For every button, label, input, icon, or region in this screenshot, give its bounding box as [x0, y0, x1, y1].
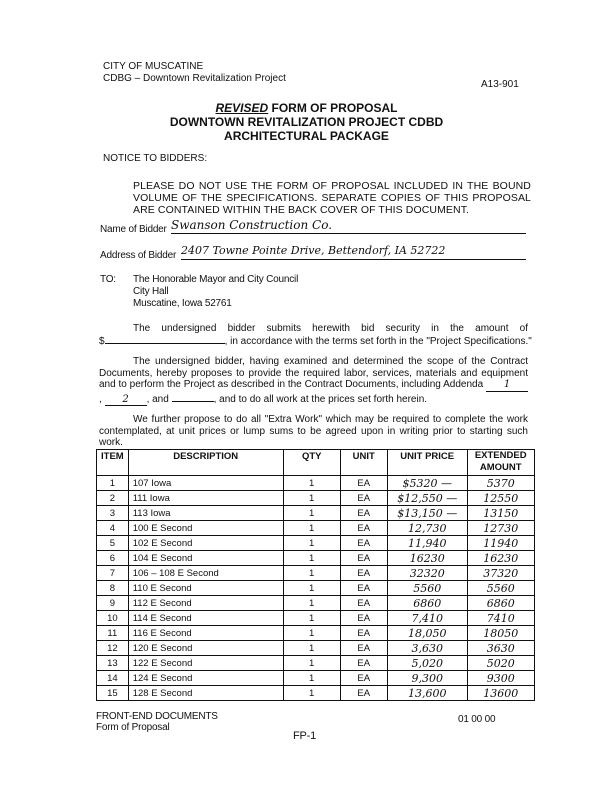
to-label: TO: — [100, 274, 116, 285]
page-title: REVISED FORM OF PROPOSAL DOWNTOWN REVITA… — [0, 101, 613, 143]
item-unit: EA — [340, 476, 387, 491]
item-number: 11 — [97, 626, 129, 641]
table-row: 12120 E Second1EA3,6303630 — [97, 641, 535, 656]
header-unit: UNIT — [340, 450, 387, 476]
item-qty: 1 — [283, 566, 340, 581]
recipient-line-3: Muscatine, Iowa 52761 — [133, 298, 298, 310]
item-description: 107 Iowa — [128, 476, 283, 491]
item-extended-amount[interactable]: 5370 — [467, 476, 534, 491]
extra-work-paragraph: We further propose to do all "Extra Work… — [99, 414, 528, 449]
scope-paragraph: The undersigned bidder, having examined … — [99, 356, 528, 406]
item-number: 14 — [97, 671, 129, 686]
item-unit-price[interactable]: 16230 — [387, 551, 467, 566]
item-extended-amount[interactable]: 16230 — [467, 551, 534, 566]
doc-number: A13-901 — [481, 79, 519, 91]
header-unit-price: UNIT PRICE — [387, 450, 467, 476]
item-number: 4 — [97, 521, 129, 536]
item-unit-price[interactable]: 5560 — [387, 581, 467, 596]
item-qty: 1 — [283, 536, 340, 551]
item-description: 112 E Second — [128, 596, 283, 611]
item-extended-amount[interactable]: 37320 — [467, 566, 534, 581]
item-unit: EA — [340, 671, 387, 686]
addendum-1-field[interactable]: 1 — [486, 379, 528, 392]
bidder-name-field[interactable]: Swanson Construction Co. — [171, 218, 526, 234]
item-number: 2 — [97, 491, 129, 506]
item-unit-price[interactable]: 9,300 — [387, 671, 467, 686]
item-extended-amount[interactable]: 9300 — [467, 671, 534, 686]
item-description: 102 E Second — [128, 536, 283, 551]
header-qty: QTY — [283, 450, 340, 476]
item-extended-amount[interactable]: 13150 — [467, 506, 534, 521]
item-unit: EA — [340, 566, 387, 581]
header-extended-amount: EXTENDED AMOUNT — [467, 450, 534, 476]
title-line-1: REVISED FORM OF PROPOSAL — [0, 101, 613, 115]
header-item: ITEM — [97, 450, 129, 476]
item-number: 15 — [97, 686, 129, 701]
item-description: 122 E Second — [128, 656, 283, 671]
recipient-line-1: The Honorable Mayor and City Council — [133, 274, 298, 286]
item-extended-amount[interactable]: 5560 — [467, 581, 534, 596]
item-qty: 1 — [283, 641, 340, 656]
item-number: 1 — [97, 476, 129, 491]
item-description: 114 E Second — [128, 611, 283, 626]
item-number: 10 — [97, 611, 129, 626]
item-extended-amount[interactable]: 5020 — [467, 656, 534, 671]
table-row: 10114 E Second1EA7,4107410 — [97, 611, 535, 626]
item-unit-price[interactable]: 32320 — [387, 566, 467, 581]
item-number: 8 — [97, 581, 129, 596]
item-description: 110 E Second — [128, 581, 283, 596]
table-header-row: ITEM DESCRIPTION QTY UNIT UNIT PRICE EXT… — [97, 450, 535, 476]
footer-section-subtitle: Form of Proposal — [96, 722, 218, 733]
item-qty: 1 — [283, 581, 340, 596]
table-row: 15128 E Second1EA13,60013600 — [97, 686, 535, 701]
item-description: 124 E Second — [128, 671, 283, 686]
item-unit: EA — [340, 626, 387, 641]
addenda-tail: , and to do all work at the prices set f… — [214, 394, 427, 405]
bid-table: ITEM DESCRIPTION QTY UNIT UNIT PRICE EXT… — [96, 449, 535, 701]
item-qty: 1 — [283, 491, 340, 506]
footer-section-title: FRONT-END DOCUMENTS — [96, 711, 218, 722]
item-description: 111 Iowa — [128, 491, 283, 506]
addendum-3-field[interactable] — [172, 392, 214, 402]
item-extended-amount[interactable]: 7410 — [467, 611, 534, 626]
item-qty: 1 — [283, 626, 340, 641]
table-row: 14124 E Second1EA9,3009300 — [97, 671, 535, 686]
item-number: 13 — [97, 656, 129, 671]
table-row: 6104 E Second1EA1623016230 — [97, 551, 535, 566]
item-unit: EA — [340, 521, 387, 536]
org-header: CITY OF MUSCATINE CDBG – Downtown Revita… — [103, 61, 286, 85]
security-line: $, in accordance with the terms set fort… — [99, 334, 532, 348]
item-unit-price[interactable]: $5320 — — [387, 476, 467, 491]
table-row: 9112 E Second1EA68606860 — [97, 596, 535, 611]
item-qty: 1 — [283, 551, 340, 566]
item-extended-amount[interactable]: 3630 — [467, 641, 534, 656]
item-number: 7 — [97, 566, 129, 581]
item-qty: 1 — [283, 596, 340, 611]
footer-section-number: 01 00 00 — [458, 714, 495, 725]
item-description: 104 E Second — [128, 551, 283, 566]
header-description: DESCRIPTION — [128, 450, 283, 476]
item-unit-price[interactable]: 11,940 — [387, 536, 467, 551]
item-description: 106 – 108 E Second — [128, 566, 283, 581]
item-extended-amount[interactable]: 11940 — [467, 536, 534, 551]
item-unit-price[interactable]: 12,730 — [387, 521, 467, 536]
addendum-2-field[interactable]: 2 — [105, 394, 147, 407]
revised-label: REVISED — [215, 101, 268, 115]
item-unit: EA — [340, 686, 387, 701]
item-extended-amount[interactable]: 13600 — [467, 686, 534, 701]
item-unit-price[interactable]: 6860 — [387, 596, 467, 611]
item-qty: 1 — [283, 686, 340, 701]
table-row: 7106 – 108 E Second1EA3232037320 — [97, 566, 535, 581]
table-row: 4100 E Second1EA12,73012730 — [97, 521, 535, 536]
item-unit: EA — [340, 581, 387, 596]
item-qty: 1 — [283, 476, 340, 491]
table-row: 3113 Iowa1EA$13,150 —13150 — [97, 506, 535, 521]
security-text-2: , in accordance with the terms set forth… — [225, 336, 532, 347]
item-unit-price[interactable]: $13,150 — — [387, 506, 467, 521]
page-number: FP-1 — [293, 730, 316, 742]
security-text-1: The undersigned bidder submits herewith … — [133, 323, 528, 335]
table-row: 13122 E Second1EA5,0205020 — [97, 656, 535, 671]
item-extended-amount[interactable]: 18050 — [467, 626, 534, 641]
item-extended-amount[interactable]: 12730 — [467, 521, 534, 536]
item-extended-amount[interactable]: 6860 — [467, 596, 534, 611]
recipient-address: The Honorable Mayor and City Council Cit… — [133, 274, 298, 310]
table-row: 5102 E Second1EA11,94011940 — [97, 536, 535, 551]
item-qty: 1 — [283, 506, 340, 521]
item-unit: EA — [340, 491, 387, 506]
item-unit: EA — [340, 641, 387, 656]
item-unit: EA — [340, 656, 387, 671]
table-row: 1107 Iowa1EA$5320 —5370 — [97, 476, 535, 491]
security-amount-field[interactable] — [105, 334, 225, 344]
item-number: 3 — [97, 506, 129, 521]
table-row: 11116 E Second1EA18,05018050 — [97, 626, 535, 641]
item-unit: EA — [340, 506, 387, 521]
item-unit-price[interactable]: 13,600 — [387, 686, 467, 701]
item-unit: EA — [340, 536, 387, 551]
item-unit-price[interactable]: $12,550 — — [387, 491, 467, 506]
org-name: CITY OF MUSCATINE — [103, 61, 286, 73]
item-unit: EA — [340, 596, 387, 611]
scope-text: The undersigned bidder, having examined … — [99, 356, 528, 390]
table-row: 8110 E Second1EA55605560 — [97, 581, 535, 596]
item-unit: EA — [340, 611, 387, 626]
recipient-line-2: City Hall — [133, 286, 298, 298]
bidder-address-field[interactable]: 2407 Towne Pointe Drive, Bettendorf, IA … — [181, 244, 526, 260]
item-number: 5 — [97, 536, 129, 551]
title-line-3: ARCHITECTURAL PACKAGE — [0, 129, 613, 143]
item-unit-price[interactable]: 18,050 — [387, 626, 467, 641]
item-qty: 1 — [283, 671, 340, 686]
title-line-2: DOWNTOWN REVITALIZATION PROJECT CDBD — [0, 115, 613, 129]
bidder-address-label: Address of Bidder — [100, 250, 176, 261]
bid-table-body: 1107 Iowa1EA$5320 —53702111 Iowa1EA$12,5… — [97, 476, 535, 701]
item-number: 6 — [97, 551, 129, 566]
item-extended-amount[interactable]: 12550 — [467, 491, 534, 506]
item-number: 12 — [97, 641, 129, 656]
item-unit-price[interactable]: 3,630 — [387, 641, 467, 656]
item-number: 9 — [97, 596, 129, 611]
item-qty: 1 — [283, 611, 340, 626]
addenda-and: , and — [147, 394, 169, 405]
notice-heading: NOTICE TO BIDDERS: — [103, 153, 207, 165]
notice-text: PLEASE DO NOT USE THE FORM OF PROPOSAL I… — [133, 180, 531, 216]
item-unit: EA — [340, 551, 387, 566]
item-description: 128 E Second — [128, 686, 283, 701]
bidder-name-label: Name of Bidder — [100, 224, 167, 235]
item-unit-price[interactable]: 5,020 — [387, 656, 467, 671]
title-line-1-rest: FORM OF PROPOSAL — [268, 101, 397, 115]
item-qty: 1 — [283, 656, 340, 671]
item-unit-price[interactable]: 7,410 — [387, 611, 467, 626]
item-description: 100 E Second — [128, 521, 283, 536]
item-description: 113 Iowa — [128, 506, 283, 521]
item-description: 116 E Second — [128, 626, 283, 641]
table-row: 2111 Iowa1EA$12,550 —12550 — [97, 491, 535, 506]
item-qty: 1 — [283, 521, 340, 536]
item-description: 120 E Second — [128, 641, 283, 656]
footer-left: FRONT-END DOCUMENTS Form of Proposal — [96, 711, 218, 733]
project-name: CDBG – Downtown Revitalization Project — [103, 73, 286, 85]
